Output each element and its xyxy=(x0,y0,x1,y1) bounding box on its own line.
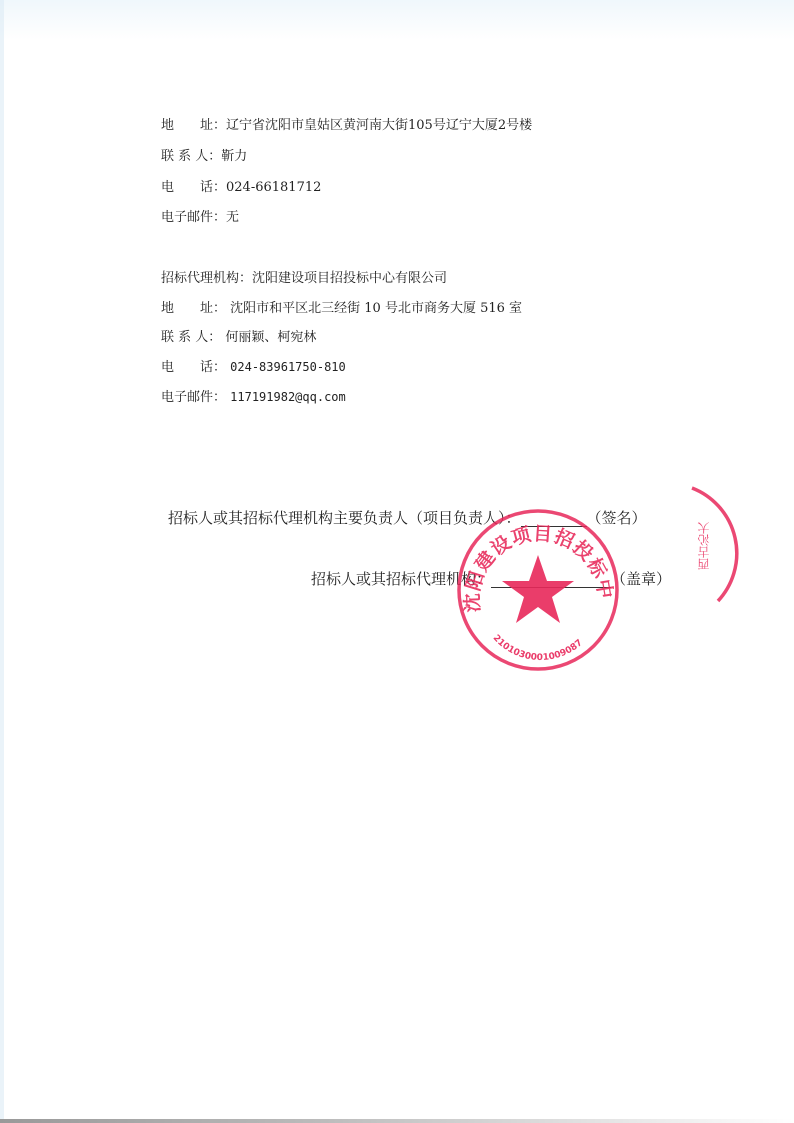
signature-principal-label: 招标人或其招标代理机构主要负责人（项目负责人）： xyxy=(168,509,521,527)
agency-address-label: 地 址： xyxy=(161,301,226,316)
tenderer-phone-value: 024-66181712 xyxy=(226,180,321,195)
tenderer-email-line: 电子邮件：无 xyxy=(161,210,239,226)
agency-phone-value: 024-83961750-810 xyxy=(230,360,346,374)
tenderer-address-value: 辽宁省沈阳市皇姑区黄河南大街105号辽宁大厦2号楼 xyxy=(226,118,532,133)
signature-seal-suffix: （盖章） xyxy=(611,570,671,588)
tenderer-address-label: 地 址： xyxy=(161,118,226,133)
scan-artifact-bottom xyxy=(0,1119,794,1123)
company-seal-stamp: 沈阳建设项目招投标中心有限公司 2101030001009087 xyxy=(448,500,628,680)
scan-artifact-left xyxy=(0,0,4,1123)
partial-seal-text: 西古沁大 xyxy=(697,522,711,570)
signature-principal-field[interactable] xyxy=(521,512,587,527)
signature-seal-field[interactable] xyxy=(491,573,611,588)
stamp-star-icon xyxy=(502,555,574,623)
partial-seal-stamp: 西古沁大 xyxy=(688,486,794,606)
agency-phone-line: 电 话： 024-83961750-810 xyxy=(161,359,346,376)
agency-contact-value: 何丽颖、柯宛林 xyxy=(225,330,316,345)
agency-contact-line: 联 系 人： 何丽颖、柯宛林 xyxy=(161,330,316,346)
tenderer-email-label: 电子邮件： xyxy=(161,210,226,225)
agency-email-line: 电子邮件： 117191982@qq.com xyxy=(161,389,346,406)
agency-name-line: 招标代理机构：沈阳建设项目招投标中心有限公司 xyxy=(161,271,447,287)
agency-email-label: 电子邮件： xyxy=(161,390,226,405)
tenderer-contact-line: 联 系 人：靳力 xyxy=(161,149,247,165)
signature-line-principal: 招标人或其招标代理机构主要负责人（项目负责人）：（签名） xyxy=(168,509,647,527)
agency-name-value: 沈阳建设项目招投标中心有限公司 xyxy=(252,271,447,286)
tenderer-contact-label: 联 系 人： xyxy=(161,149,221,164)
agency-address-line: 地 址： 沈阳市和平区北三经街 10 号北市商务大厦 516 室 xyxy=(161,301,522,317)
tenderer-contact-value: 靳力 xyxy=(221,149,247,164)
signature-principal-suffix: （签名） xyxy=(587,509,647,527)
tenderer-email-value: 无 xyxy=(226,210,239,225)
agency-phone-label: 电 话： xyxy=(161,360,226,375)
signature-line-seal: 招标人或其招标代理机构：（盖章） xyxy=(311,570,671,588)
stamp-number-text: 2101030001009087 xyxy=(491,633,585,663)
agency-address-value: 沈阳市和平区北三经街 10 号北市商务大厦 516 室 xyxy=(230,301,522,316)
agency-name-label: 招标代理机构： xyxy=(161,271,252,286)
agency-email-value: 117191982@qq.com xyxy=(230,390,346,404)
tenderer-phone-label: 电 话： xyxy=(161,180,226,195)
agency-contact-label: 联 系 人： xyxy=(161,330,221,345)
scan-artifact-top xyxy=(0,0,794,40)
svg-text:2101030001009087: 2101030001009087 xyxy=(491,633,585,663)
tenderer-address-line: 地 址：辽宁省沈阳市皇姑区黄河南大街105号辽宁大厦2号楼 xyxy=(161,118,532,134)
tenderer-phone-line: 电 话：024-66181712 xyxy=(161,180,321,196)
signature-seal-label: 招标人或其招标代理机构： xyxy=(311,570,491,588)
